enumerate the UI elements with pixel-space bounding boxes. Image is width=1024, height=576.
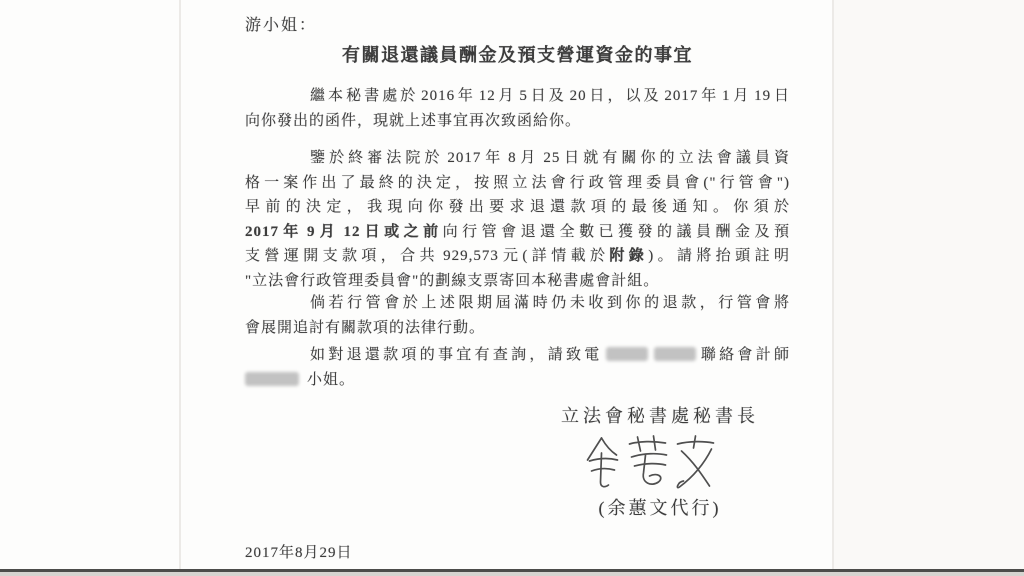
salutation: 游小姐：: [245, 12, 317, 35]
text-segment: 支營運開支款項，合共 929,573 元(詳情載於: [245, 248, 609, 264]
deadline-bold: 2017 年 9 月 12 日或之前: [245, 224, 443, 240]
text-line: 會展開追討有關款項的法律行動。: [245, 316, 790, 341]
letter-photo: 游小姐： 有關退還議員酬金及預支營運資金的事宜 繼本秘書處於 2016 年 12…: [0, 0, 1024, 576]
page-margin-tint: [834, 0, 1024, 569]
text-segment: 小姐。: [307, 372, 355, 388]
text-line: 如對退還款項的事宜有查詢，請致電聯絡會計師: [245, 343, 790, 368]
text-line: 小姐。: [245, 368, 790, 393]
signed-by: (余蕙文代行): [500, 494, 820, 520]
text-line: 倘若行管會於上述限期屆滿時仍未收到你的退款，行管會將: [245, 291, 790, 316]
paragraph-demand: 鑒於終審法院於 2017 年 8 月 25 日就有關你的立法會議員資 格一案作出…: [245, 146, 790, 294]
text-line: 早前的決定，我現向你發出要求退還款項的最後通知。你須於: [245, 195, 790, 220]
letter-date: 2017年8月29日: [245, 541, 353, 562]
handwritten-signature: [575, 432, 725, 492]
text-line: 繼本秘書處於 2016 年 12 月 5 日及 20 日，以及 2017 年 1…: [245, 84, 790, 109]
text-line: 格一案作出了最終的決定，按照立法會行政管理委員會("行管會"): [245, 171, 790, 196]
letter-title: 有關退還議員酬金及預支營運資金的事宜: [245, 41, 790, 67]
redacted-name: [245, 372, 299, 386]
text-line: "立法會行政管理委員會"的劃線支票寄回本秘書處會計組。: [245, 269, 790, 294]
paragraph-warning: 倘若行管會於上述限期屆滿時仍未收到你的退款，行管會將 會展開追討有關款項的法律行…: [245, 291, 790, 340]
text-line: 支營運開支款項，合共 929,573 元(詳情載於附錄)。請將抬頭註明: [245, 244, 790, 269]
text-segment: )。請將抬頭註明: [648, 248, 790, 264]
text-line: 鑒於終審法院於 2017 年 8 月 25 日就有關你的立法會議員資: [245, 146, 790, 171]
signature-scribble-icon: [575, 432, 725, 492]
text-line: 2017 年 9 月 12 日或之前向行管會退還全數已獲發的議員酬金及預: [245, 220, 790, 245]
appendix-bold: 附錄: [609, 248, 648, 264]
text-segment: 向行管會退還全數已獲發的議員酬金及預: [443, 224, 790, 240]
signoff-role: 立法會秘書處秘書長: [561, 406, 759, 426]
page-edge-right: [832, 0, 834, 569]
text-line: 向你發出的函件，現就上述事宜再次致函給你。: [245, 109, 790, 134]
signoff-block: 立法會秘書處秘書長: [500, 402, 820, 428]
redacted-phone-part2: [654, 347, 696, 361]
text-segment: 聯絡會計師: [699, 347, 790, 363]
text-segment: 如對退還款項的事宜有查詢，請致電: [310, 347, 603, 363]
paragraph-contact: 如對退還款項的事宜有查詢，請致電聯絡會計師 小姐。: [245, 343, 790, 392]
paragraph-intro: 繼本秘書處於 2016 年 12 月 5 日及 20 日，以及 2017 年 1…: [245, 84, 790, 133]
redacted-phone-part1: [606, 347, 648, 361]
page-edge-left: [179, 0, 181, 569]
bottom-frame-bar-light: [0, 572, 1024, 576]
